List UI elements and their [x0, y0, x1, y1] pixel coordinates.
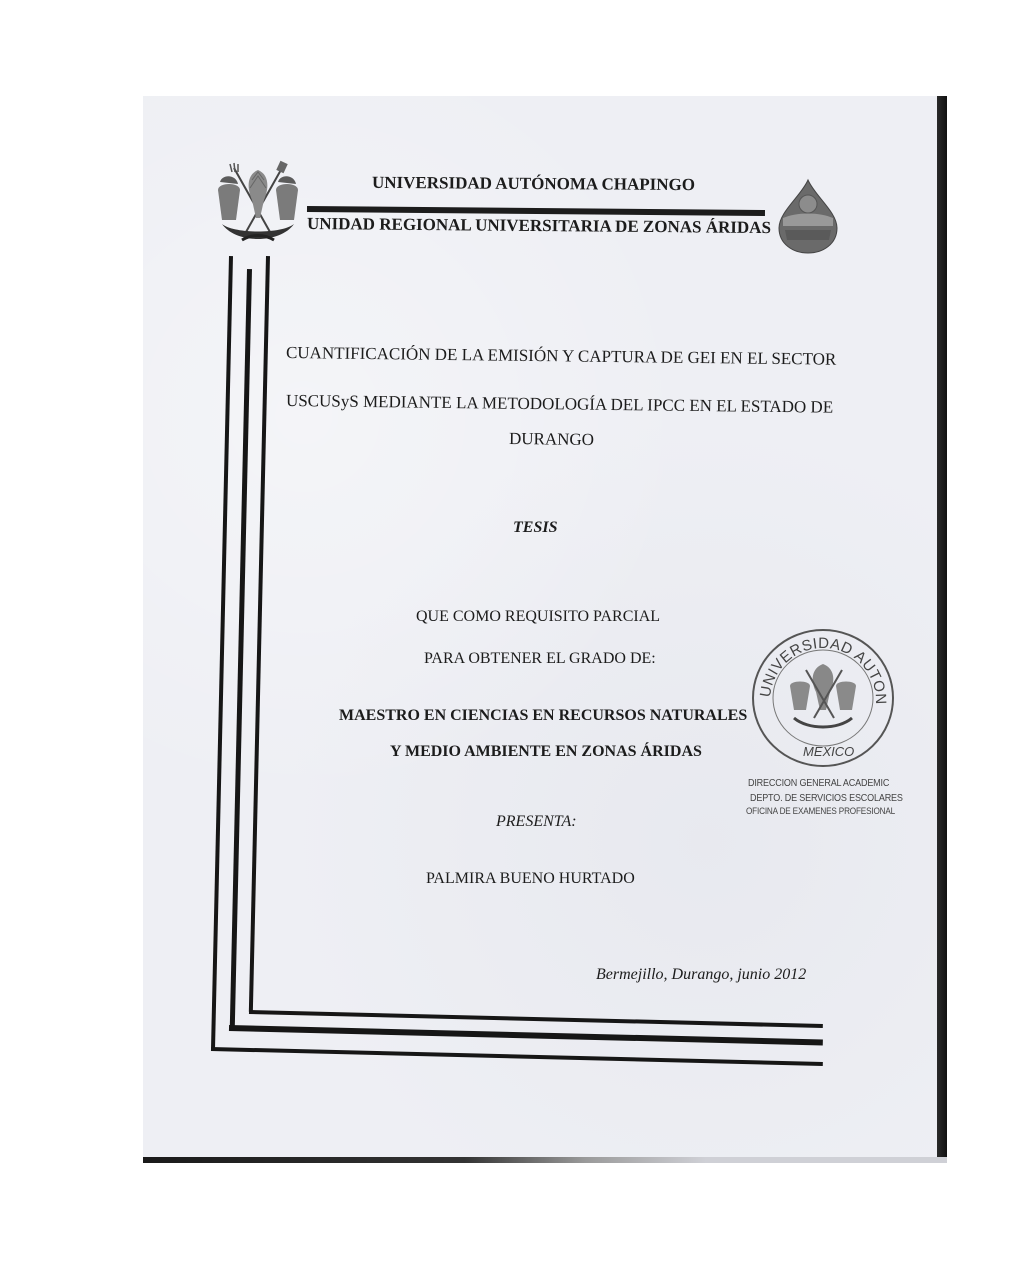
stamp-line-1: DIRECCION GENERAL ACADEMIC [748, 777, 889, 789]
requirement-line-1: QUE COMO REQUISITO PARCIAL [416, 608, 660, 626]
university-name: UNIVERSIDAD AUTÓNOMA CHAPINGO [372, 173, 695, 195]
stamp-line-2: DEPTO. DE SERVICIOS ESCOLARES [750, 792, 903, 804]
water-drop-emblem-icon [775, 178, 841, 254]
degree-line-2: Y MEDIO AMBIENTE EN ZONAS ÁRIDAS [390, 743, 702, 761]
scan-edge-shadow-bottom [143, 1157, 947, 1163]
chapingo-crest-icon [212, 160, 304, 250]
presenter-label: PRESENTA: [496, 813, 577, 831]
document-type: TESIS [513, 519, 557, 537]
regional-unit-name: UNIDAD REGIONAL UNIVERSITARIA DE ZONAS Á… [307, 214, 771, 238]
svg-text:MEXICO: MEXICO [803, 744, 854, 759]
official-stamp-seal-icon: UNIVERSIDAD AUTONOMA CHAPINGO MEXICO [748, 626, 898, 776]
scan-edge-shadow-right [937, 96, 947, 1162]
degree-line-1: MAESTRO EN CIENCIAS EN RECURSOS NATURALE… [339, 707, 747, 725]
thesis-title-line-3: DURANGO [509, 429, 594, 450]
author-name: PALMIRA BUENO HURTADO [426, 870, 635, 888]
place-and-date: Bermejillo, Durango, junio 2012 [596, 966, 806, 984]
requirement-line-2: PARA OBTENER EL GRADO DE: [424, 650, 656, 668]
stamp-line-3: OFICINA DE EXAMENES PROFESIONAL [746, 806, 895, 817]
